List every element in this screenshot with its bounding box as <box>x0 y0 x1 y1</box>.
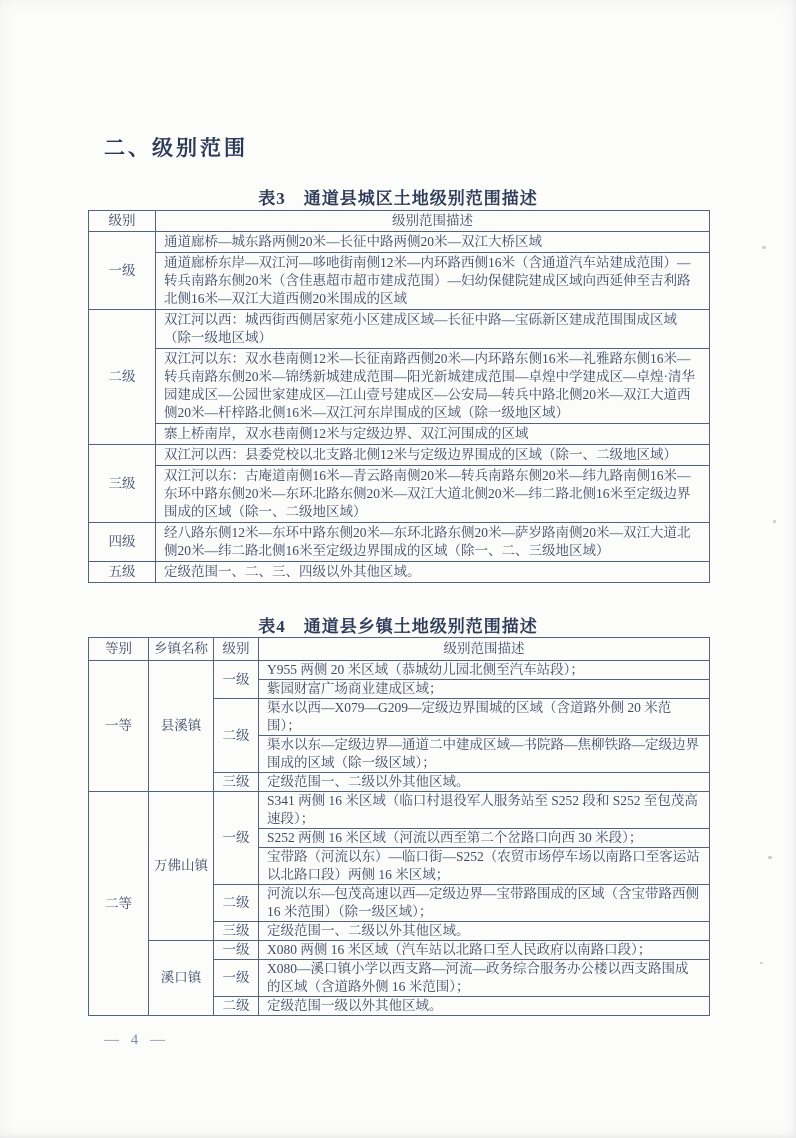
description-cell: 双江河以东：古庵道南侧16米—青云路南侧20米—转兵南路东侧20米—纬九路南侧1… <box>156 466 710 523</box>
column-header-grade: 等别 <box>89 638 149 661</box>
level-cell: 三级 <box>214 922 259 941</box>
document-page: 二、级别范围 表3 通道县城区土地级别范围描述 级别 级别范围描述 一级 通道廊… <box>0 0 796 1138</box>
description-cell: S341 两侧 16 米区域（临口村退役军人服务站至 S252 段和 S252 … <box>259 792 710 829</box>
level-cell: 二级 <box>214 997 259 1016</box>
description-cell: 通道廊桥东岸—双江河—哆吔街南侧12米—内环路西侧16米（含通道汽车站建成范围）… <box>156 253 710 310</box>
table3-title: 表3 通道县城区土地级别范围描述 <box>0 184 796 209</box>
table-township-levels: 等别 乡镇名称 级别 级别范围描述 一等 县溪镇 一级 Y955 两侧 20 米… <box>88 637 710 1016</box>
scan-speck <box>768 856 772 859</box>
level-cell: 一级 <box>214 960 259 997</box>
description-cell: 宝带路（河流以东）—临口街—S252（农贸市场停车场以南路口至客运站以北路口段）… <box>259 848 710 885</box>
table-row: 三级 双江河以西：县委党校以北支路北侧12米与定级边界围成的区域（除一、二级地区… <box>89 445 710 466</box>
town-cell: 溪口镇 <box>149 941 214 1016</box>
table-row: 一级 通道廊桥—城东路两侧20米—长征中路两侧20米—双江大桥区域 <box>89 232 710 253</box>
table-row: 五级 定级范围一、二、三、四级以外其他区域。 <box>89 562 710 583</box>
level-cell: 一级 <box>214 792 259 885</box>
description-cell: 定级范围一、二级以外其他区域。 <box>259 922 710 941</box>
column-header-level: 级别 <box>214 638 259 661</box>
description-cell: 定级范围一级以外其他区域。 <box>259 997 710 1016</box>
table-row: 双江河以东：双水巷南侧12米—长征南路西侧20米—内环路东侧16米—礼雅路东侧1… <box>89 349 710 424</box>
table-header-row: 等别 乡镇名称 级别 级别范围描述 <box>89 638 710 661</box>
tier-cell: 一等 <box>89 661 149 792</box>
description-cell: 渠水以东—定级边界—通道二中建成区域—书院路—焦柳铁路—定级边界围成的区域（除一… <box>259 736 710 773</box>
level-cell: 二级 <box>89 310 156 445</box>
level-cell: 二级 <box>214 885 259 922</box>
description-cell: 定级范围一、二级以外其他区域。 <box>259 773 710 792</box>
table-header-row: 级别 级别范围描述 <box>89 211 710 232</box>
description-cell: 双江河以东：双水巷南侧12米—长征南路西侧20米—内环路东侧16米—礼雅路东侧1… <box>156 349 710 424</box>
table-row: 二等 万佛山镇 一级 S341 两侧 16 米区域（临口村退役军人服务站至 S2… <box>89 792 710 829</box>
level-cell: 一级 <box>214 941 259 960</box>
column-header-description: 级别范围描述 <box>259 638 710 661</box>
scan-speck <box>773 520 776 523</box>
description-cell: X080—溪口镇小学以西支路—河流—政务综合服务办公楼以西支路围成的区域（含道路… <box>259 960 710 997</box>
section-heading: 二、级别范围 <box>104 132 248 162</box>
level-cell: 二级 <box>214 699 259 773</box>
description-cell: Y955 两侧 20 米区域（恭城幼儿园北侧至汽车站段）； <box>259 661 710 680</box>
table-row: 一等 县溪镇 一级 Y955 两侧 20 米区域（恭城幼儿园北侧至汽车站段）； <box>89 661 710 680</box>
page-number: — 4 — <box>104 1032 169 1049</box>
description-cell: 渠水以西—X079—G209—定级边界围城的区域（含道路外侧 20 米范围）； <box>259 699 710 736</box>
description-cell: 河流以东—包茂高速以西—定级边界—宝带路围成的区域（含宝带路西侧 16 米范围）… <box>259 885 710 922</box>
table-row: 通道廊桥东岸—双江河—哆吔街南侧12米—内环路西侧16米（含通道汽车站建成范围）… <box>89 253 710 310</box>
description-cell: 经八路东侧12米—东环中路东侧20米—东环北路东侧20米—萨岁路南侧20米—双江… <box>156 523 710 562</box>
level-cell: 三级 <box>89 445 156 523</box>
table4-title: 表4 通道县乡镇土地级别范围描述 <box>0 612 796 637</box>
level-cell: 四级 <box>89 523 156 562</box>
level-cell: 一级 <box>214 661 259 699</box>
description-cell: 定级范围一、二、三、四级以外其他区域。 <box>156 562 710 583</box>
table-city-levels: 级别 级别范围描述 一级 通道廊桥—城东路两侧20米—长征中路两侧20米—双江大… <box>88 210 710 583</box>
description-cell: 寨上桥南岸，双水巷南侧12米与定级边界、双江河围成的区域 <box>156 424 710 445</box>
level-cell: 五级 <box>89 562 156 583</box>
table-row: 四级 经八路东侧12米—东环中路东侧20米—东环北路东侧20米—萨岁路南侧20米… <box>89 523 710 562</box>
tier-cell: 二等 <box>89 792 149 1016</box>
table-row: 寨上桥南岸，双水巷南侧12米与定级边界、双江河围成的区域 <box>89 424 710 445</box>
description-cell: 紫园财富广场商业建成区域； <box>259 680 710 699</box>
column-header-town: 乡镇名称 <box>149 638 214 661</box>
table-row: 二级 双江河以西：城西街西侧居家苑小区建成区域—长征中路—宝砾新区建成范围围成区… <box>89 310 710 349</box>
table-row: 双江河以东：古庵道南侧16米—青云路南侧20米—转兵南路东侧20米—纬九路南侧1… <box>89 466 710 523</box>
column-header-level: 级别 <box>89 211 156 232</box>
description-cell: X080 两侧 16 米区域（汽车站以北路口至人民政府以南路口段）； <box>259 941 710 960</box>
description-cell: 双江河以西：城西街西侧居家苑小区建成区域—长征中路—宝砾新区建成范围围成区域（除… <box>156 310 710 349</box>
table-row: 溪口镇 一级 X080 两侧 16 米区域（汽车站以北路口至人民政府以南路口段）… <box>89 941 710 960</box>
town-cell: 万佛山镇 <box>149 792 214 941</box>
description-cell: S252 两侧 16 米区域（河流以西至第二个岔路口向西 30 米段）； <box>259 829 710 848</box>
town-cell: 县溪镇 <box>149 661 214 792</box>
level-cell: 三级 <box>214 773 259 792</box>
level-cell: 一级 <box>89 232 156 310</box>
description-cell: 双江河以西：县委党校以北支路北侧12米与定级边界围成的区域（除一、二级地区域） <box>156 445 710 466</box>
scan-speck <box>762 246 766 249</box>
column-header-description: 级别范围描述 <box>156 211 710 232</box>
description-cell: 通道廊桥—城东路两侧20米—长征中路两侧20米—双江大桥区域 <box>156 232 710 253</box>
scan-speck <box>760 962 763 964</box>
